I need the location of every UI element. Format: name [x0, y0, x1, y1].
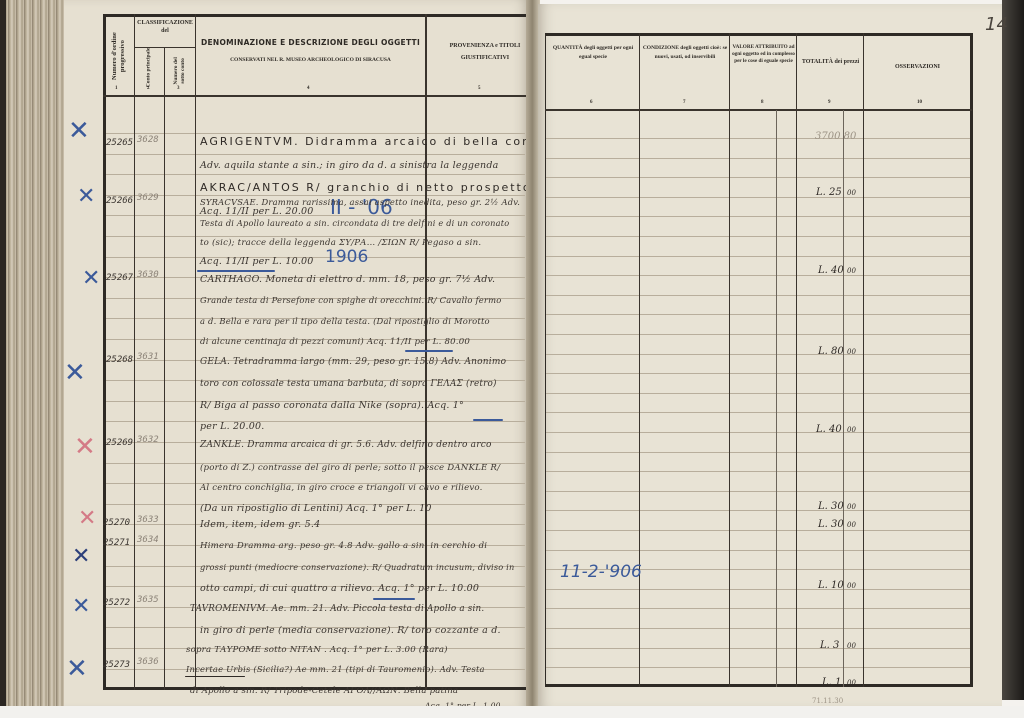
margin-check-mark: ✕ — [82, 268, 100, 290]
header-num-10: 10 — [917, 100, 922, 106]
entry-line: Incertae Urbis (Sicilia?) Ae mm. 21 (tip… — [186, 664, 485, 674]
total-cents: 00 — [847, 267, 856, 275]
order-number: 25272 — [103, 598, 130, 608]
entry-line: TAVROMENIVM. Ae. mm. 21. Adv. Piccola te… — [190, 604, 484, 614]
blue-underline — [473, 419, 503, 421]
left-header-divider — [103, 95, 528, 97]
account-number: 3635 — [137, 595, 159, 605]
bottom-background — [0, 706, 1024, 718]
header-provenance: PROVENIENZA e TITOLI GIUSTIFICATIVI — [440, 40, 530, 64]
account-number: 3631 — [137, 352, 159, 362]
blue-year-note: 1906 — [325, 247, 368, 267]
entry-line: di Apollo a sin. R/ Tripode-Cetele ΑΓΟΛ/… — [190, 686, 458, 696]
entry-line: per L. 20.00. — [200, 421, 264, 432]
header-num-5: 5 — [478, 86, 481, 92]
header-sub-account: Numero del sotto conto — [165, 50, 195, 90]
page-edges — [0, 0, 64, 706]
book-cover-right — [1002, 0, 1024, 700]
right-col-divider-3 — [796, 33, 797, 687]
blue-underline — [373, 598, 415, 600]
entry-line: GELA. Tetradramma largo (mm. 29, peso gr… — [200, 357, 506, 367]
right-col-subdivider-8 — [776, 110, 777, 687]
order-number: 25265 — [106, 138, 133, 148]
entry-line: SYRACVSAE. Dramma rarissima, assai aspet… — [200, 197, 520, 207]
left-col-divider-3 — [195, 14, 196, 690]
account-number: 3629 — [137, 193, 159, 203]
order-number: 25271 — [103, 538, 130, 548]
margin-check-mark: ✕ — [74, 434, 96, 460]
right-col-subdivider-9 — [843, 110, 844, 687]
margin-check-mark: ✕ — [72, 596, 90, 618]
order-number: 25266 — [106, 196, 133, 206]
entry-line: Idem, item, idem gr. 5.4 — [200, 519, 320, 530]
entry-line: sopra ΤΑΥΡΟΜΕ sotto ΝΙΤΑΝ . Acq. 1° per … — [186, 645, 448, 655]
header-num-7: 7 — [683, 100, 686, 106]
total-cents: 00 — [847, 582, 856, 590]
total-amount: L. 80 — [818, 346, 844, 357]
total-amount: L. 30 — [818, 519, 844, 530]
total-cents: 00 — [847, 503, 856, 511]
order-number: 25270 — [103, 518, 130, 528]
margin-check-mark: ✕ — [68, 118, 90, 144]
header-classification: CLASSIFICAZIONE del — [135, 20, 195, 35]
header-totals: TOTALITÀ dei prezzi — [798, 56, 863, 68]
book-cover-edge — [0, 0, 6, 706]
account-number: 3636 — [137, 657, 159, 667]
entry-line: grossi punti (mediocre conservazione). R… — [200, 562, 514, 572]
account-number: 3628 — [137, 135, 159, 145]
ledger-book: Numero d'ordine progressivo CLASSIFICAZI… — [0, 0, 1024, 718]
entry-line: Acq. 11/II per L. 20.00 — [200, 206, 314, 217]
entry-line: otto campi, di cui quattro a rilievo. Ac… — [200, 583, 479, 594]
header-quantity: QUANTITÀ degli oggetti per ogni egual sp… — [548, 44, 638, 62]
header-value: VALORE ATTRIBUITO ad ogni oggetto ed in … — [731, 44, 796, 64]
entry-line: AKRAC/ANTOS R/ granchio di netto prospet… — [200, 181, 532, 194]
entry-line: Adv. aquila stante a sin.; in giro da d.… — [200, 160, 499, 171]
header-num-3: 3 — [177, 86, 180, 92]
right-col-divider-2 — [729, 33, 730, 687]
margin-check-mark: ✕ — [64, 360, 86, 386]
entry-line: Grande testa di Persefone con spighe di … — [200, 295, 502, 305]
blue-underline — [197, 270, 275, 272]
entry-line: a d. Bella e rara per il tipo della test… — [200, 316, 490, 326]
carried-forward-total: 3700 80 — [815, 131, 856, 142]
header-num-9: 9 — [828, 100, 831, 106]
entry-line: in giro di perle (media conservazione). … — [200, 625, 501, 636]
total-amount: L. 25 — [816, 187, 842, 198]
entry-line: (porto di Z.) contrasse del giro di perl… — [200, 463, 500, 473]
total-cents: 00 — [847, 348, 856, 356]
order-number: 25267 — [106, 273, 133, 283]
margin-check-mark: ✕ — [78, 508, 96, 530]
entry-line: R/ Biga al passo coronata dalla Nike (so… — [200, 400, 464, 411]
entry-line: Al centro conchiglia, in giro croce e tr… — [200, 483, 483, 493]
total-cents: 00 — [847, 426, 856, 434]
header-description-subtitle: CONSERVATI NEL R. MUSEO ARCHEOLOGICO DI … — [196, 57, 425, 64]
entry-line: Himera Dramma arg. peso gr. 4.8 Adv. gal… — [200, 541, 487, 551]
header-main-account-label: Conto principale — [146, 47, 153, 87]
right-header-divider — [545, 109, 972, 111]
total-cents: 00 — [847, 642, 856, 650]
entry-line: Testa di Apollo laureato a sin. circonda… — [200, 218, 509, 228]
classification-underline — [134, 47, 195, 48]
account-number: 3630 — [137, 270, 159, 280]
entry-line: CARTHAGO. Moneta di elettro d. mm. 18, p… — [200, 274, 495, 285]
header-num-4: 4 — [307, 86, 310, 92]
header-sub-account-label: Numero del sotto conto — [173, 51, 187, 91]
order-number: 25269 — [106, 438, 133, 448]
footer-stamp: 71.11.30 — [812, 697, 843, 705]
blue-underline — [405, 350, 453, 352]
entry-line: (Da un ripostiglio di Lentini) Acq. 1° p… — [200, 503, 432, 514]
entry-line: toro con colossale testa umana barbuta, … — [200, 379, 497, 389]
total-amount: L. 40 — [818, 265, 844, 276]
total-cents: 00 — [847, 521, 856, 529]
account-number: 3633 — [137, 515, 159, 525]
header-num-1: 1 — [115, 86, 118, 92]
account-number: 3634 — [137, 535, 159, 545]
order-number: 25273 — [103, 660, 130, 670]
page-number: 14 — [985, 14, 1008, 35]
total-amount: L. 40 — [816, 424, 842, 435]
header-order-number-label: Numero d'ordine progressivo — [111, 22, 127, 90]
total-amount: L. 3 — [820, 640, 839, 651]
header-observations: OSSERVAZIONI — [865, 64, 970, 72]
margin-check-mark: ✕ — [72, 546, 90, 568]
total-cents: 00 — [847, 189, 856, 197]
left-col-divider-2 — [164, 48, 165, 690]
header-condition: CONDIZIONE degli oggetti cioè: se nuovi,… — [641, 44, 729, 62]
account-number: 3632 — [137, 435, 159, 445]
entry-line: di alcune centinaja di pezzi comuni) Acq… — [200, 337, 470, 347]
header-description-title: DENOMINAZIONE E DESCRIZIONE DEGLI OGGETT… — [196, 38, 425, 47]
header-main-account: Conto principale — [135, 50, 164, 90]
margin-check-mark: ✕ — [77, 186, 95, 208]
right-table-frame — [545, 33, 973, 687]
total-amount: L. 30 — [818, 501, 844, 512]
blue-underline — [185, 676, 245, 677]
header-num-8: 8 — [761, 100, 764, 106]
margin-check-mark: ✕ — [66, 656, 88, 682]
header-order-number: Numero d'ordine progressivo — [103, 20, 134, 88]
total-amount: L. 10 — [818, 580, 844, 591]
total-cents: 00 — [847, 679, 856, 687]
entry-line: ZANKLE. Dramma arcaica di gr. 5.6. Adv. … — [200, 440, 492, 450]
right-col-divider-4 — [863, 33, 864, 687]
right-col-divider-1 — [639, 33, 640, 687]
header-num-6: 6 — [590, 100, 593, 106]
entry-line: Acq. 11/II per L. 10.00 — [200, 256, 314, 267]
left-col-divider-1 — [134, 14, 135, 690]
total-amount: L. 1 — [822, 677, 841, 688]
order-number: 25268 — [106, 355, 133, 365]
header-num-2: 2 — [147, 86, 150, 92]
blue-date-note: 11-2-'906 — [560, 562, 642, 582]
